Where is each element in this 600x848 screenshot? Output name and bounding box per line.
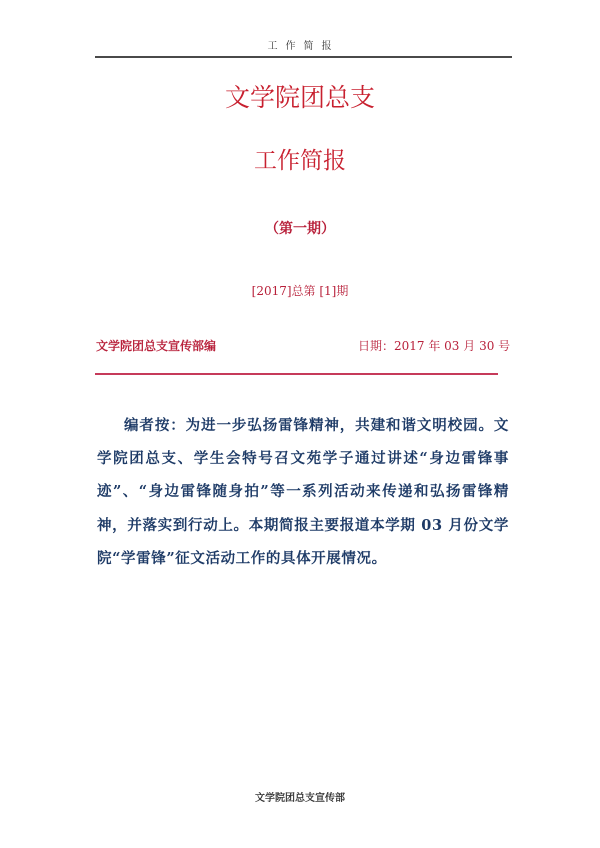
header-divider (95, 56, 512, 58)
issue-label: （第一期） (0, 218, 600, 238)
editor-credit: 文学院团总支宣传部编 (96, 337, 216, 354)
document-title: 工作简报 (0, 146, 600, 176)
publish-date: 日期：2017 年 03 月 30 号 (358, 337, 510, 354)
issue-number: [2017]总第 [1]期 (0, 282, 600, 299)
red-divider (95, 373, 498, 375)
document-page: 工作简报 文学院团总支 工作简报 （第一期） [2017]总第 [1]期 文学院… (0, 0, 600, 848)
running-header: 工作简报 (95, 37, 512, 52)
editor-note-paragraph: 编者按：为进一步弘扬雷锋精神，共建和谐文明校园。文学院团总支、学生会特号召文苑学… (97, 409, 509, 575)
page-footer: 文学院团总支宣传部 (0, 789, 600, 804)
organization-title: 文学院团总支 (0, 82, 600, 114)
